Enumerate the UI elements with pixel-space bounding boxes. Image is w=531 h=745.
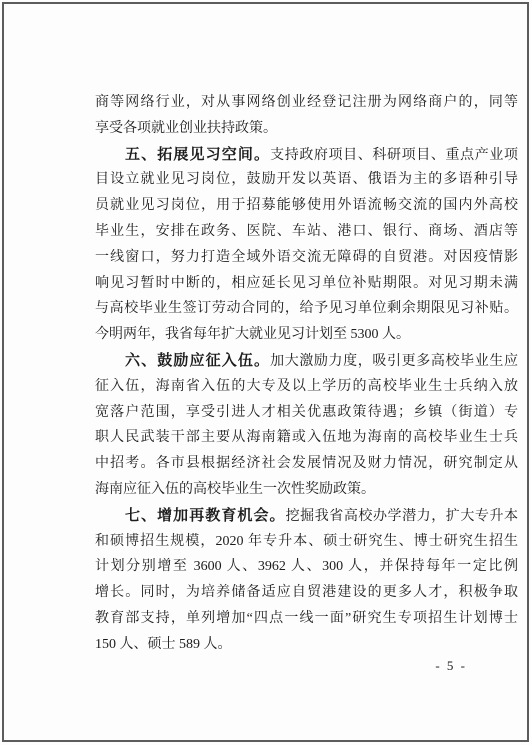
paragraph: 七、增加再教育机会。挖掘我省高校办学潜力，扩大专升本和硕博招生规模，2020 年… bbox=[95, 503, 518, 658]
document-line: 增长。同时，为培养储备适应自贸港建设的更多人才，积极争取 bbox=[95, 580, 518, 606]
paragraph: 五、拓展见习空间。支持政府项目、科研项目、重点产业项目设立就业见习岗位，鼓励开发… bbox=[95, 142, 518, 348]
line-text: 加大激励力度，吸引更多高校毕业生应 bbox=[270, 354, 518, 369]
document-line: 六、鼓励应征入伍。加大激励力度，吸引更多高校毕业生应 bbox=[95, 348, 518, 374]
document-body: 商等网络行业，对从事网络创业经登记注册为网络商户的，同等享受各项就业创业扶持政策… bbox=[95, 90, 518, 658]
document-line: 与高校毕业生签订劳动合同的，给予见习单位剩余期限见习补贴。 bbox=[95, 296, 518, 322]
document-line: 响见习暂时中断的，相应延长见习单位补贴期限。对见习期未满 bbox=[95, 271, 518, 297]
document-line: 商等网络行业，对从事网络创业经登记注册为网络商户的，同等 bbox=[95, 90, 518, 116]
document-line: 员就业见习岗位，用于招募能够使用外语流畅交流的国内外高校 bbox=[95, 193, 518, 219]
section-heading: 五、拓展见习空间。 bbox=[125, 146, 270, 163]
page-number: - 5 - bbox=[435, 658, 467, 674]
document-line: 七、增加再教育机会。挖掘我省高校办学潜力，扩大专升本 bbox=[95, 503, 518, 529]
document-line: 宽落户范围，享受引进人才相关优惠政策待遇；乡镇（街道）专 bbox=[95, 400, 518, 426]
document-line: 教育部支持，单列增加“四点一线一面”研究生专项招生计划博士 bbox=[95, 606, 518, 632]
document-line: 计划分别增至 3600 人、3962 人、300 人，并保持每年一定比例 bbox=[95, 554, 518, 580]
section-heading: 七、增加再教育机会。 bbox=[125, 507, 286, 524]
document-page: 商等网络行业，对从事网络创业经登记注册为网络商户的，同等享受各项就业创业扶持政策… bbox=[0, 0, 531, 745]
document-line: 和硕博招生规模，2020 年专升本、硕士研究生、博士研究生招生 bbox=[95, 529, 518, 555]
section-heading: 六、鼓励应征入伍。 bbox=[125, 352, 270, 369]
document-line: 今明两年，我省每年扩大就业见习计划至 5300 人。 bbox=[95, 322, 518, 348]
document-line: 一线窗口，努力打造全域外语交流无障碍的自贸港。对因疫情影 bbox=[95, 245, 518, 271]
document-line: 海南应征入伍的高校毕业生一次性奖励政策。 bbox=[95, 477, 518, 503]
document-line: 享受各项就业创业扶持政策。 bbox=[95, 116, 518, 142]
document-line: 目设立就业见习岗位，鼓励开发以英语、俄语为主的多语种引导 bbox=[95, 167, 518, 193]
line-text: 支持政府项目、科研项目、重点产业项 bbox=[270, 148, 518, 163]
paragraph: 六、鼓励应征入伍。加大激励力度，吸引更多高校毕业生应征入伍，海南省入伍的大专及以… bbox=[95, 348, 518, 503]
document-line: 征入伍，海南省入伍的大专及以上学历的高校毕业生士兵纳入放 bbox=[95, 374, 518, 400]
document-line: 职人民武装干部主要从海南籍或入伍地为海南的高校毕业生士兵 bbox=[95, 425, 518, 451]
document-line: 150 人、硕士 589 人。 bbox=[95, 632, 518, 658]
paragraph: 商等网络行业，对从事网络创业经登记注册为网络商户的，同等享受各项就业创业扶持政策… bbox=[95, 90, 518, 142]
document-line: 五、拓展见习空间。支持政府项目、科研项目、重点产业项 bbox=[95, 142, 518, 168]
document-line: 中招考。各市县根据经济社会发展情况及财力情况，研究制定从 bbox=[95, 451, 518, 477]
document-line: 毕业生，安排在政务、医院、车站、港口、银行、商场、酒店等 bbox=[95, 219, 518, 245]
line-text: 挖掘我省高校办学潜力，扩大专升本 bbox=[286, 509, 518, 524]
